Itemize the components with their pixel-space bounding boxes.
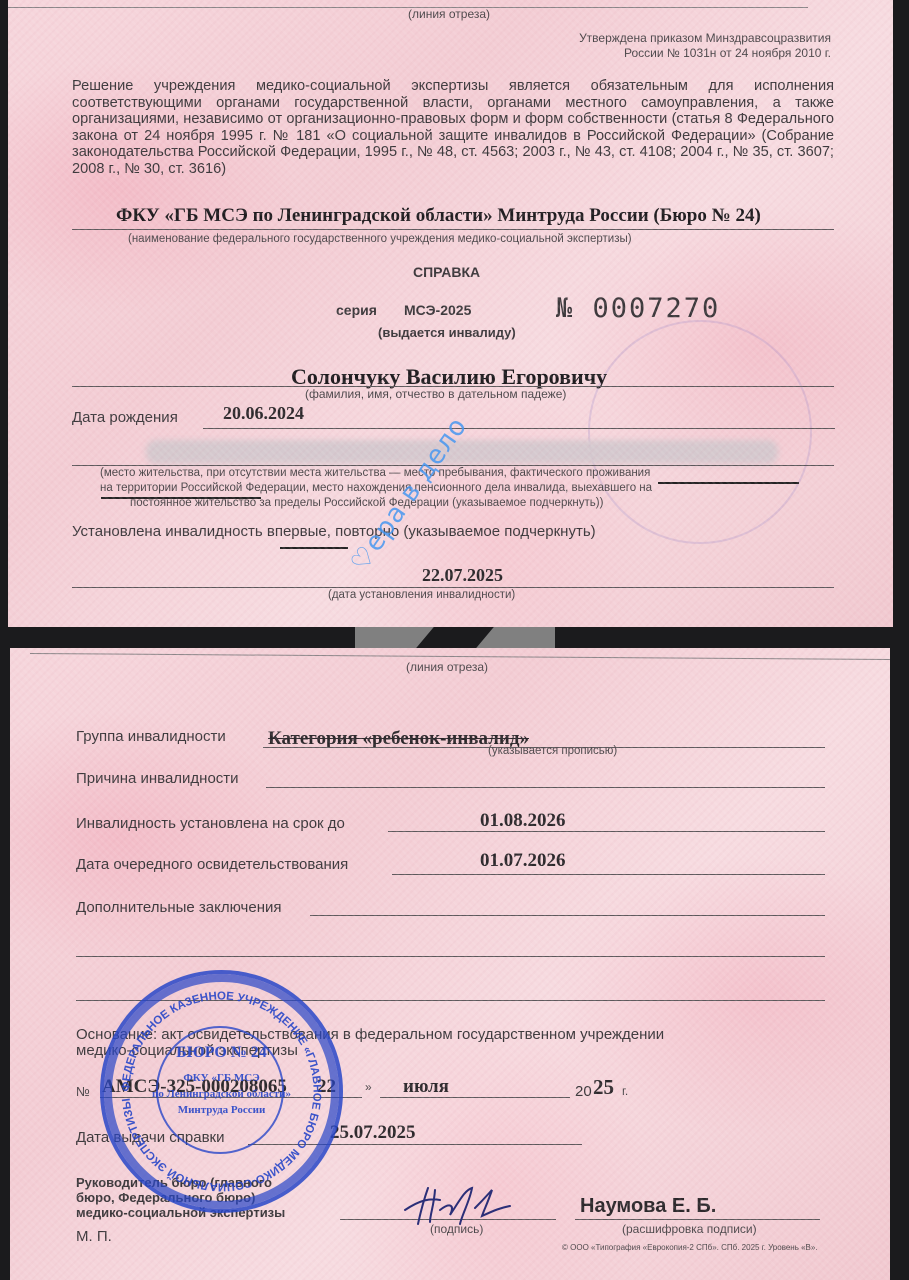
group-hint: (указывается прописью) (488, 745, 617, 757)
term-underline (388, 831, 825, 832)
approval-line-2: России № 1031н от 24 ноября 2010 г. (624, 46, 831, 60)
signer-hint: (расшифровка подписи) (622, 1222, 757, 1236)
act-month: июля (403, 1076, 449, 1098)
printer-note: © ООО «Типография «Еврокопия-2 СПб». СПб… (562, 1243, 818, 1252)
selection-underline (658, 482, 799, 484)
residence-hint-2: на территории Российской Федерации, мест… (100, 482, 652, 494)
residence-underline (72, 465, 834, 466)
faded-stamp-impression (588, 320, 812, 544)
series-label: серия (336, 302, 377, 318)
next-exam-label: Дата очередного освидетельствования (76, 856, 348, 873)
selection-underline (101, 497, 261, 499)
official-seal-stamp: ФЕДЕРАЛЬНОЕ КАЗЕННОЕ УЧРЕЖДЕНИЕ «ГЛАВНОЕ… (100, 970, 343, 1213)
seal-mark: М. П. (76, 1228, 112, 1245)
approval-line-1: Утверждена приказом Минздравсоцразвития (579, 31, 831, 45)
seal-center-bureau: БЮРО № 24 (104, 1044, 339, 1062)
signature-scribble (400, 1180, 520, 1230)
group-label: Группа инвалидности (76, 728, 226, 745)
next-exam-value: 01.07.2026 (480, 850, 566, 872)
residence-hint-1: (место жительства, при отсутствии места … (100, 467, 650, 479)
cut-line (30, 653, 890, 660)
seal-center-line-2: ФКУ «ГБ МСЭ (104, 1072, 339, 1084)
act-year-suffix: г. (622, 1084, 628, 1098)
act-month-underline (380, 1097, 570, 1098)
seal-center-line-4: Минтруда России (104, 1104, 339, 1116)
birth-date-label: Дата рождения (72, 409, 178, 426)
recipient-hint: (фамилия, имя, отчество в дательном паде… (305, 387, 566, 401)
seal-center-line-3: по Ленинградской области» (104, 1088, 339, 1100)
term-value: 01.08.2026 (480, 810, 566, 832)
certificate-top-sheet: (линия отреза) Утверждена приказом Минзд… (8, 0, 893, 627)
reason-field (266, 787, 825, 788)
signer-name-underline (575, 1219, 820, 1220)
act-day-quote: » (365, 1080, 372, 1094)
additional-field-line-2 (76, 956, 825, 957)
additional-field-line-1 (310, 915, 825, 916)
additional-label: Дополнительные заключения (76, 899, 281, 916)
institution-underline (72, 229, 834, 230)
disability-established-text: Установлена инвалидность впервые, повтор… (72, 523, 596, 540)
signer-name: Наумова Е. Б. (580, 1195, 716, 1218)
cut-line-label: (линия отреза) (408, 7, 490, 21)
cut-line-label: (линия отреза) (406, 660, 488, 674)
institution-hint: (наименование федерального государственн… (128, 233, 632, 245)
reason-label: Причина инвалидности (76, 770, 239, 787)
legal-paragraph: Решение учреждения медико-социальной экс… (72, 78, 834, 178)
document-title: СПРАВКА (413, 264, 480, 280)
disability-date-value: 22.07.2025 (422, 565, 503, 586)
act-number-prefix: № (76, 1084, 90, 1099)
disability-date-underline (72, 587, 834, 588)
institution-name: ФКУ «ГБ МСЭ по Ленинградской области» Ми… (116, 205, 761, 227)
act-year-prefix: 20 (575, 1083, 592, 1100)
disability-date-hint: (дата установления инвалидности) (328, 589, 515, 601)
series-value: МСЭ-2025 (404, 302, 471, 318)
first-time-underline (280, 547, 348, 549)
act-year-value: 25 (593, 1075, 614, 1100)
birth-date-value: 20.06.2024 (223, 403, 304, 424)
birth-date-underline (203, 428, 835, 429)
issue-date-value: 25.07.2025 (330, 1122, 416, 1144)
issued-to-hint: (выдается инвалиду) (378, 325, 516, 340)
next-exam-underline (392, 874, 825, 875)
term-label: Инвалидность установлена на срок до (76, 815, 345, 832)
